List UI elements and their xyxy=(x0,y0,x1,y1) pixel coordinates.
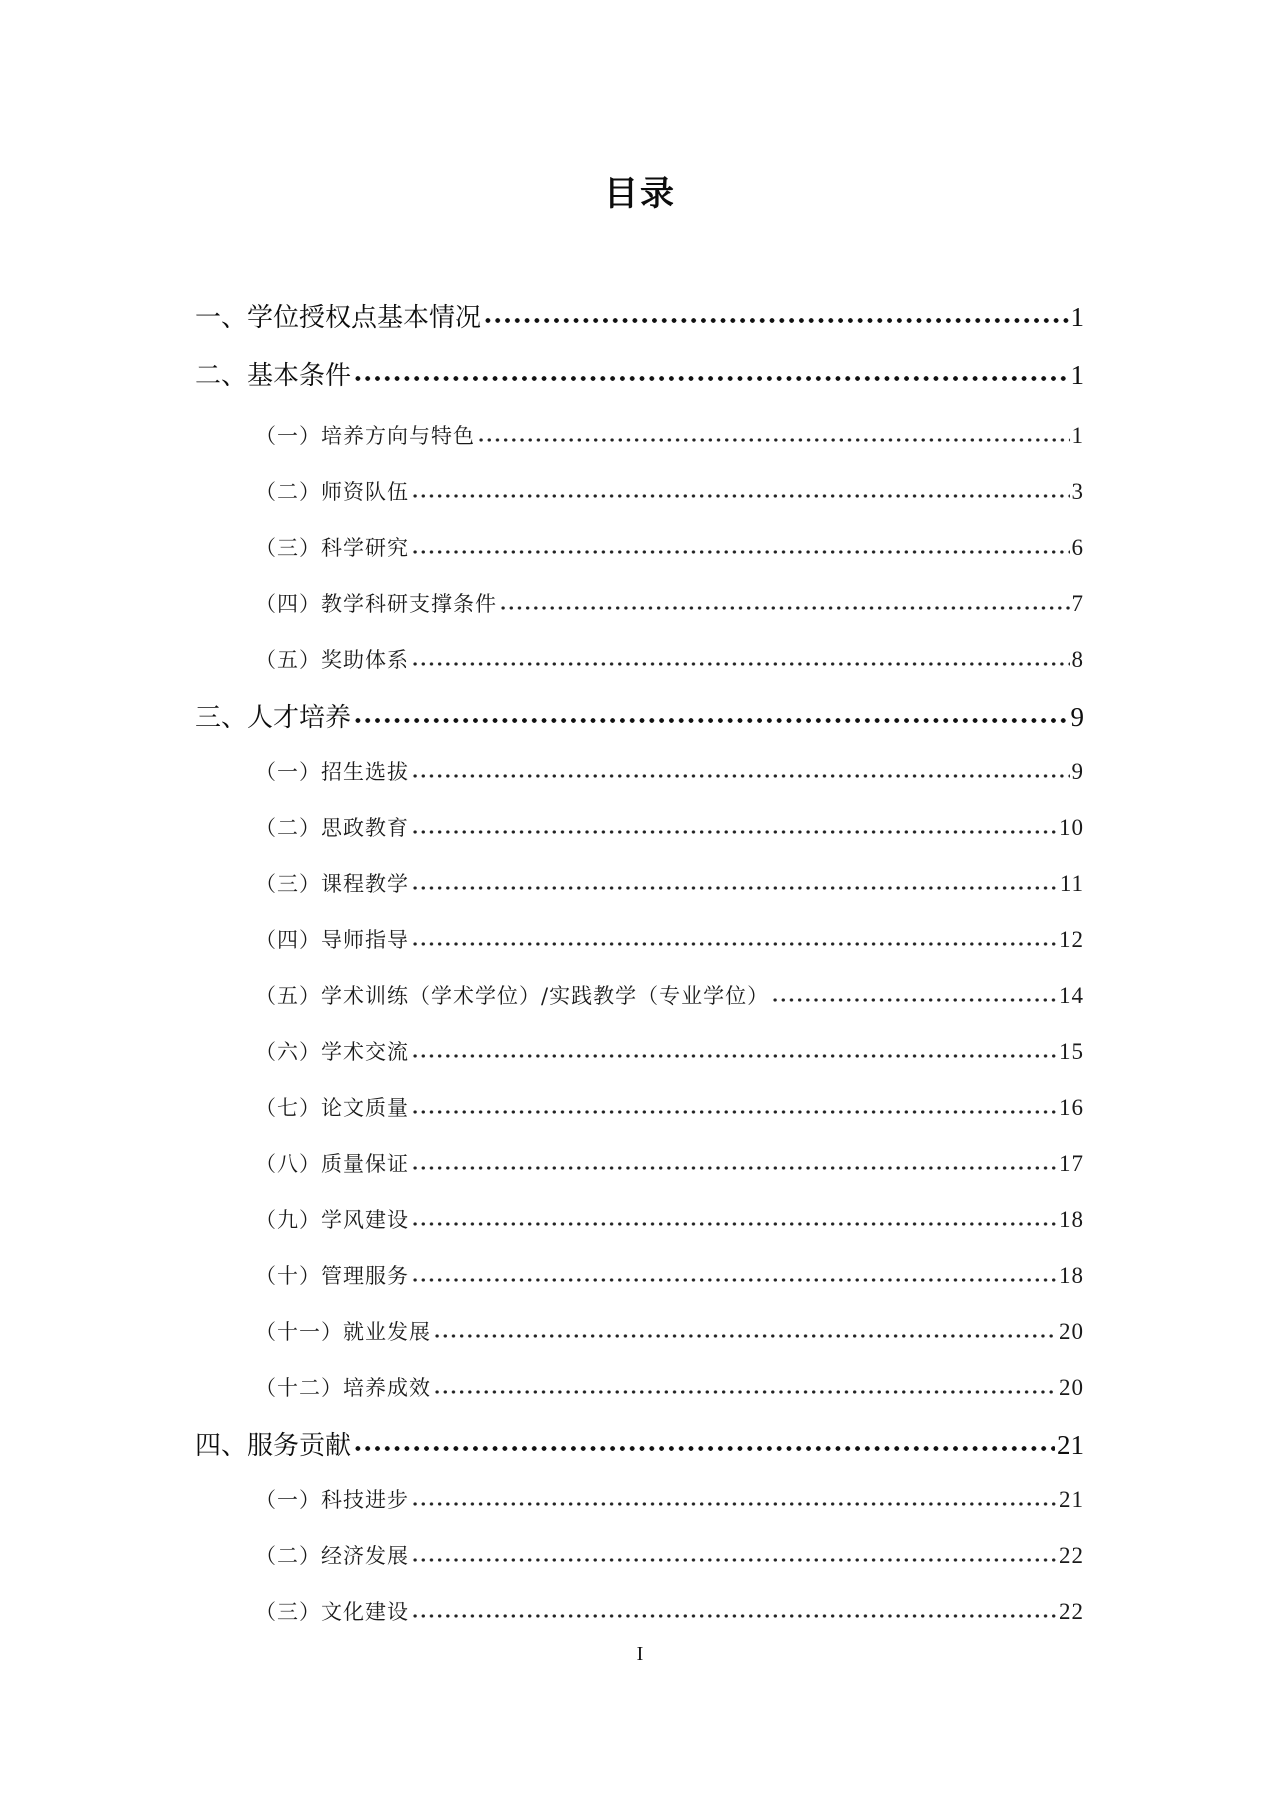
dot-leader xyxy=(411,662,1070,666)
toc-subentry[interactable]: （三）课程教学 11 xyxy=(255,868,1084,898)
toc-entry-label: （二）师资队伍 xyxy=(255,476,409,506)
toc-subentry[interactable]: （十一）就业发展 20 xyxy=(255,1316,1084,1346)
toc-subentry[interactable]: （四）导师指导 12 xyxy=(255,924,1084,954)
toc-entry-page: 20 xyxy=(1059,1319,1084,1345)
toc-subentry[interactable]: （一）培养方向与特色 1 xyxy=(255,420,1084,450)
toc-entry-page: 9 xyxy=(1071,702,1085,733)
toc-entry-page: 12 xyxy=(1059,927,1084,953)
toc-entry[interactable]: 一、学位授权点基本情况 1 xyxy=(195,297,1084,334)
dot-leader xyxy=(411,1278,1057,1282)
toc-entry-label: （十二）培养成效 xyxy=(255,1372,431,1402)
toc-entry-label: （六）学术交流 xyxy=(255,1036,409,1066)
toc-entry-label: （一）科技进步 xyxy=(255,1484,409,1514)
dot-leader xyxy=(353,376,1068,381)
dot-leader xyxy=(483,318,1068,323)
toc-subentry[interactable]: （四）教学科研支撑条件 7 xyxy=(255,588,1084,618)
toc-entry-label: 一、学位授权点基本情况 xyxy=(195,297,481,334)
dot-leader xyxy=(411,830,1057,834)
toc-subentry[interactable]: （三）文化建设 22 xyxy=(255,1596,1084,1626)
toc-subentry[interactable]: （六）学术交流 15 xyxy=(255,1036,1084,1066)
dot-leader xyxy=(771,998,1057,1002)
toc-entry-label: （三）科学研究 xyxy=(255,532,409,562)
dot-leader xyxy=(411,1502,1057,1506)
toc-title: 目录 xyxy=(0,166,1280,215)
toc-entry-page: 16 xyxy=(1059,1095,1084,1121)
toc-subentry[interactable]: （二）经济发展 22 xyxy=(255,1540,1084,1570)
dot-leader xyxy=(477,438,1070,442)
dot-leader xyxy=(411,494,1070,498)
dot-leader xyxy=(433,1334,1057,1338)
dot-leader xyxy=(411,774,1070,778)
toc-entry-label: （四）教学科研支撑条件 xyxy=(255,588,497,618)
dot-leader xyxy=(411,1222,1057,1226)
toc-entry-page: 18 xyxy=(1059,1263,1084,1289)
toc-entry-label: （一）招生选拔 xyxy=(255,756,409,786)
toc-subentry[interactable]: （二）思政教育 10 xyxy=(255,812,1084,842)
toc-entry-label: （七）论文质量 xyxy=(255,1092,409,1122)
dot-leader xyxy=(411,1614,1057,1618)
toc-entry-label: 二、基本条件 xyxy=(195,355,351,392)
toc-subentry[interactable]: （一）科技进步 21 xyxy=(255,1484,1084,1514)
toc-entry-page: 22 xyxy=(1059,1543,1084,1569)
toc-entry-page: 8 xyxy=(1072,647,1085,673)
toc-entry-page: 17 xyxy=(1059,1151,1084,1177)
toc-entry-page: 6 xyxy=(1072,535,1085,561)
toc-entry-page: 11 xyxy=(1060,871,1084,897)
toc-entry-label: 三、人才培养 xyxy=(195,697,351,734)
dot-leader xyxy=(411,942,1057,946)
dot-leader xyxy=(411,550,1070,554)
toc-entry-page: 22 xyxy=(1059,1599,1084,1625)
toc-entry-label: （八）质量保证 xyxy=(255,1148,409,1178)
toc-entry-label: （五）奖助体系 xyxy=(255,644,409,674)
toc-entry-page: 10 xyxy=(1059,815,1084,841)
toc-entry-page: 20 xyxy=(1059,1375,1084,1401)
toc-entry[interactable]: 四、服务贡献 21 xyxy=(195,1425,1084,1462)
toc-entry-label: （二）思政教育 xyxy=(255,812,409,842)
toc-subentry[interactable]: （三）科学研究 6 xyxy=(255,532,1084,562)
toc-subentry[interactable]: （十）管理服务 18 xyxy=(255,1260,1084,1290)
toc-entry-page: 1 xyxy=(1072,423,1085,449)
dot-leader xyxy=(433,1390,1057,1394)
toc-subentry[interactable]: （七）论文质量 16 xyxy=(255,1092,1084,1122)
toc-subentry[interactable]: （五）学术训练（学术学位）/实践教学（专业学位） 14 xyxy=(255,980,1084,1010)
dot-leader xyxy=(411,1054,1057,1058)
toc-entry-label: （一）培养方向与特色 xyxy=(255,420,475,450)
toc-entry-label: （十）管理服务 xyxy=(255,1260,409,1290)
toc-entry-page: 15 xyxy=(1059,1039,1084,1065)
toc-entry[interactable]: 二、基本条件 1 xyxy=(195,355,1084,392)
toc-entry-page: 18 xyxy=(1059,1207,1084,1233)
toc-entry-page: 21 xyxy=(1057,1430,1084,1461)
dot-leader xyxy=(411,1166,1057,1170)
toc-entry-label: 四、服务贡献 xyxy=(195,1425,351,1462)
toc-subentry[interactable]: （九）学风建设 18 xyxy=(255,1204,1084,1234)
dot-leader xyxy=(411,1558,1057,1562)
toc-entry-page: 1 xyxy=(1071,302,1085,333)
toc-subentry[interactable]: （十二）培养成效 20 xyxy=(255,1372,1084,1402)
toc-entry-label: （二）经济发展 xyxy=(255,1540,409,1570)
toc-entry-label: （四）导师指导 xyxy=(255,924,409,954)
toc-entry-label: （十一）就业发展 xyxy=(255,1316,431,1346)
toc-subentry[interactable]: （五）奖助体系 8 xyxy=(255,644,1084,674)
dot-leader xyxy=(411,1110,1057,1114)
toc-entry-page: 7 xyxy=(1072,591,1085,617)
dot-leader xyxy=(353,1446,1055,1451)
toc-entry-page: 1 xyxy=(1071,360,1085,391)
toc-subentry[interactable]: （八）质量保证 17 xyxy=(255,1148,1084,1178)
toc-subentry[interactable]: （二）师资队伍 3 xyxy=(255,476,1084,506)
toc-entry-page: 21 xyxy=(1059,1487,1084,1513)
page-marker: I xyxy=(0,1643,1280,1666)
dot-leader xyxy=(411,886,1058,890)
toc-entry-label: （三）文化建设 xyxy=(255,1596,409,1626)
toc-entry-label: （三）课程教学 xyxy=(255,868,409,898)
toc-entry-page: 3 xyxy=(1072,479,1085,505)
toc-entry-page: 14 xyxy=(1059,983,1084,1009)
dot-leader xyxy=(499,606,1070,610)
toc-subentry[interactable]: （一）招生选拔 9 xyxy=(255,756,1084,786)
document-page: 目录 一、学位授权点基本情况 1 二、基本条件 1 （一）培养方向与特色 1 （… xyxy=(0,0,1280,1811)
dot-leader xyxy=(353,718,1068,723)
toc-entry-page: 9 xyxy=(1072,759,1085,785)
toc-entry[interactable]: 三、人才培养 9 xyxy=(195,697,1084,734)
toc-entry-label: （九）学风建设 xyxy=(255,1204,409,1234)
toc-entry-label: （五）学术训练（学术学位）/实践教学（专业学位） xyxy=(255,980,769,1010)
